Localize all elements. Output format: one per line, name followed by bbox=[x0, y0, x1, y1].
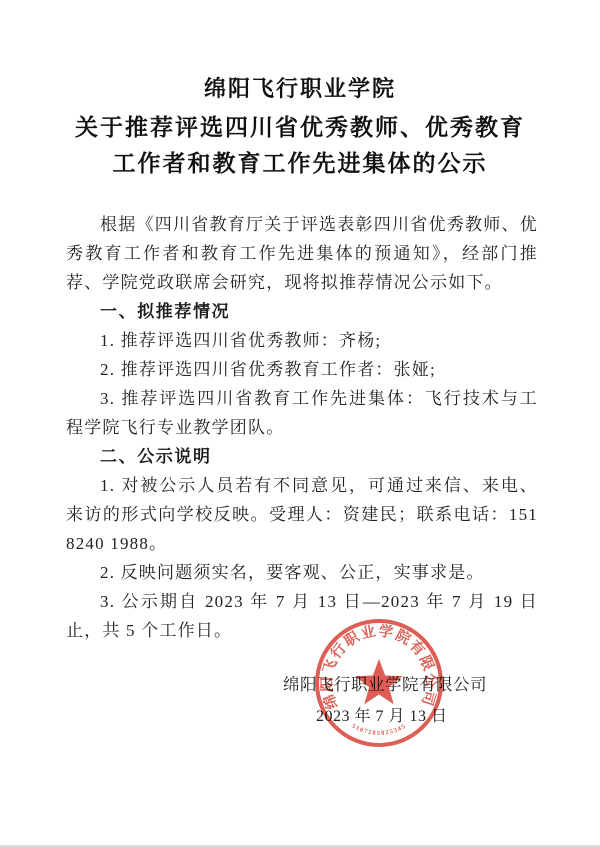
section-heading-2: 二、公示说明 bbox=[66, 442, 538, 471]
list-item-teacher: 1. 推荐评选四川省优秀教师：齐杨; bbox=[66, 326, 538, 355]
paragraph-intro: 根据《四川省教育厅关于评选表彰四川省优秀教师、优秀教育工作者和教育工作先进集体的… bbox=[66, 210, 538, 297]
notice-item-realname: 2. 反映问题须实名，要客观、公正，实事求是。 bbox=[66, 558, 538, 587]
notice-item-contact: 1. 对被公示人员若有不同意见，可通过来信、来电、来访的形式向学校反映。受理人：… bbox=[66, 471, 538, 558]
list-item-worker: 2. 推荐评选四川省优秀教育工作者：张娅; bbox=[66, 355, 538, 384]
title-organization: 绵阳飞行职业学院 bbox=[0, 74, 600, 104]
notice-document-page: 绵阳飞行职业学院 关于推荐评选四川省优秀教师、优秀教育 工作者和教育工作先进集体… bbox=[0, 0, 600, 847]
document-title: 绵阳飞行职业学院 关于推荐评选四川省优秀教师、优秀教育 工作者和教育工作先进集体… bbox=[0, 74, 600, 182]
document-body: 根据《四川省教育厅关于评选表彰四川省优秀教师、优秀教育工作者和教育工作先进集体的… bbox=[66, 210, 538, 645]
signature-date: 2023 年 7 月 13 日 bbox=[316, 703, 448, 726]
title-line-3: 工作者和教育工作先进集体的公示 bbox=[0, 146, 600, 182]
signature-organization: 绵阳飞行职业学院有限公司 bbox=[283, 671, 487, 695]
list-item-collective: 3. 推荐评选四川省教育工作先进集体：飞行技术与工程学院飞行专业教学团队。 bbox=[66, 384, 538, 442]
notice-item-period: 3. 公示期自 2023 年 7 月 13 日—2023 年 7 月 19 日止… bbox=[66, 587, 538, 645]
title-line-2: 关于推荐评选四川省优秀教师、优秀教育 bbox=[0, 110, 600, 146]
section-heading-1: 一、拟推荐情况 bbox=[66, 297, 538, 326]
